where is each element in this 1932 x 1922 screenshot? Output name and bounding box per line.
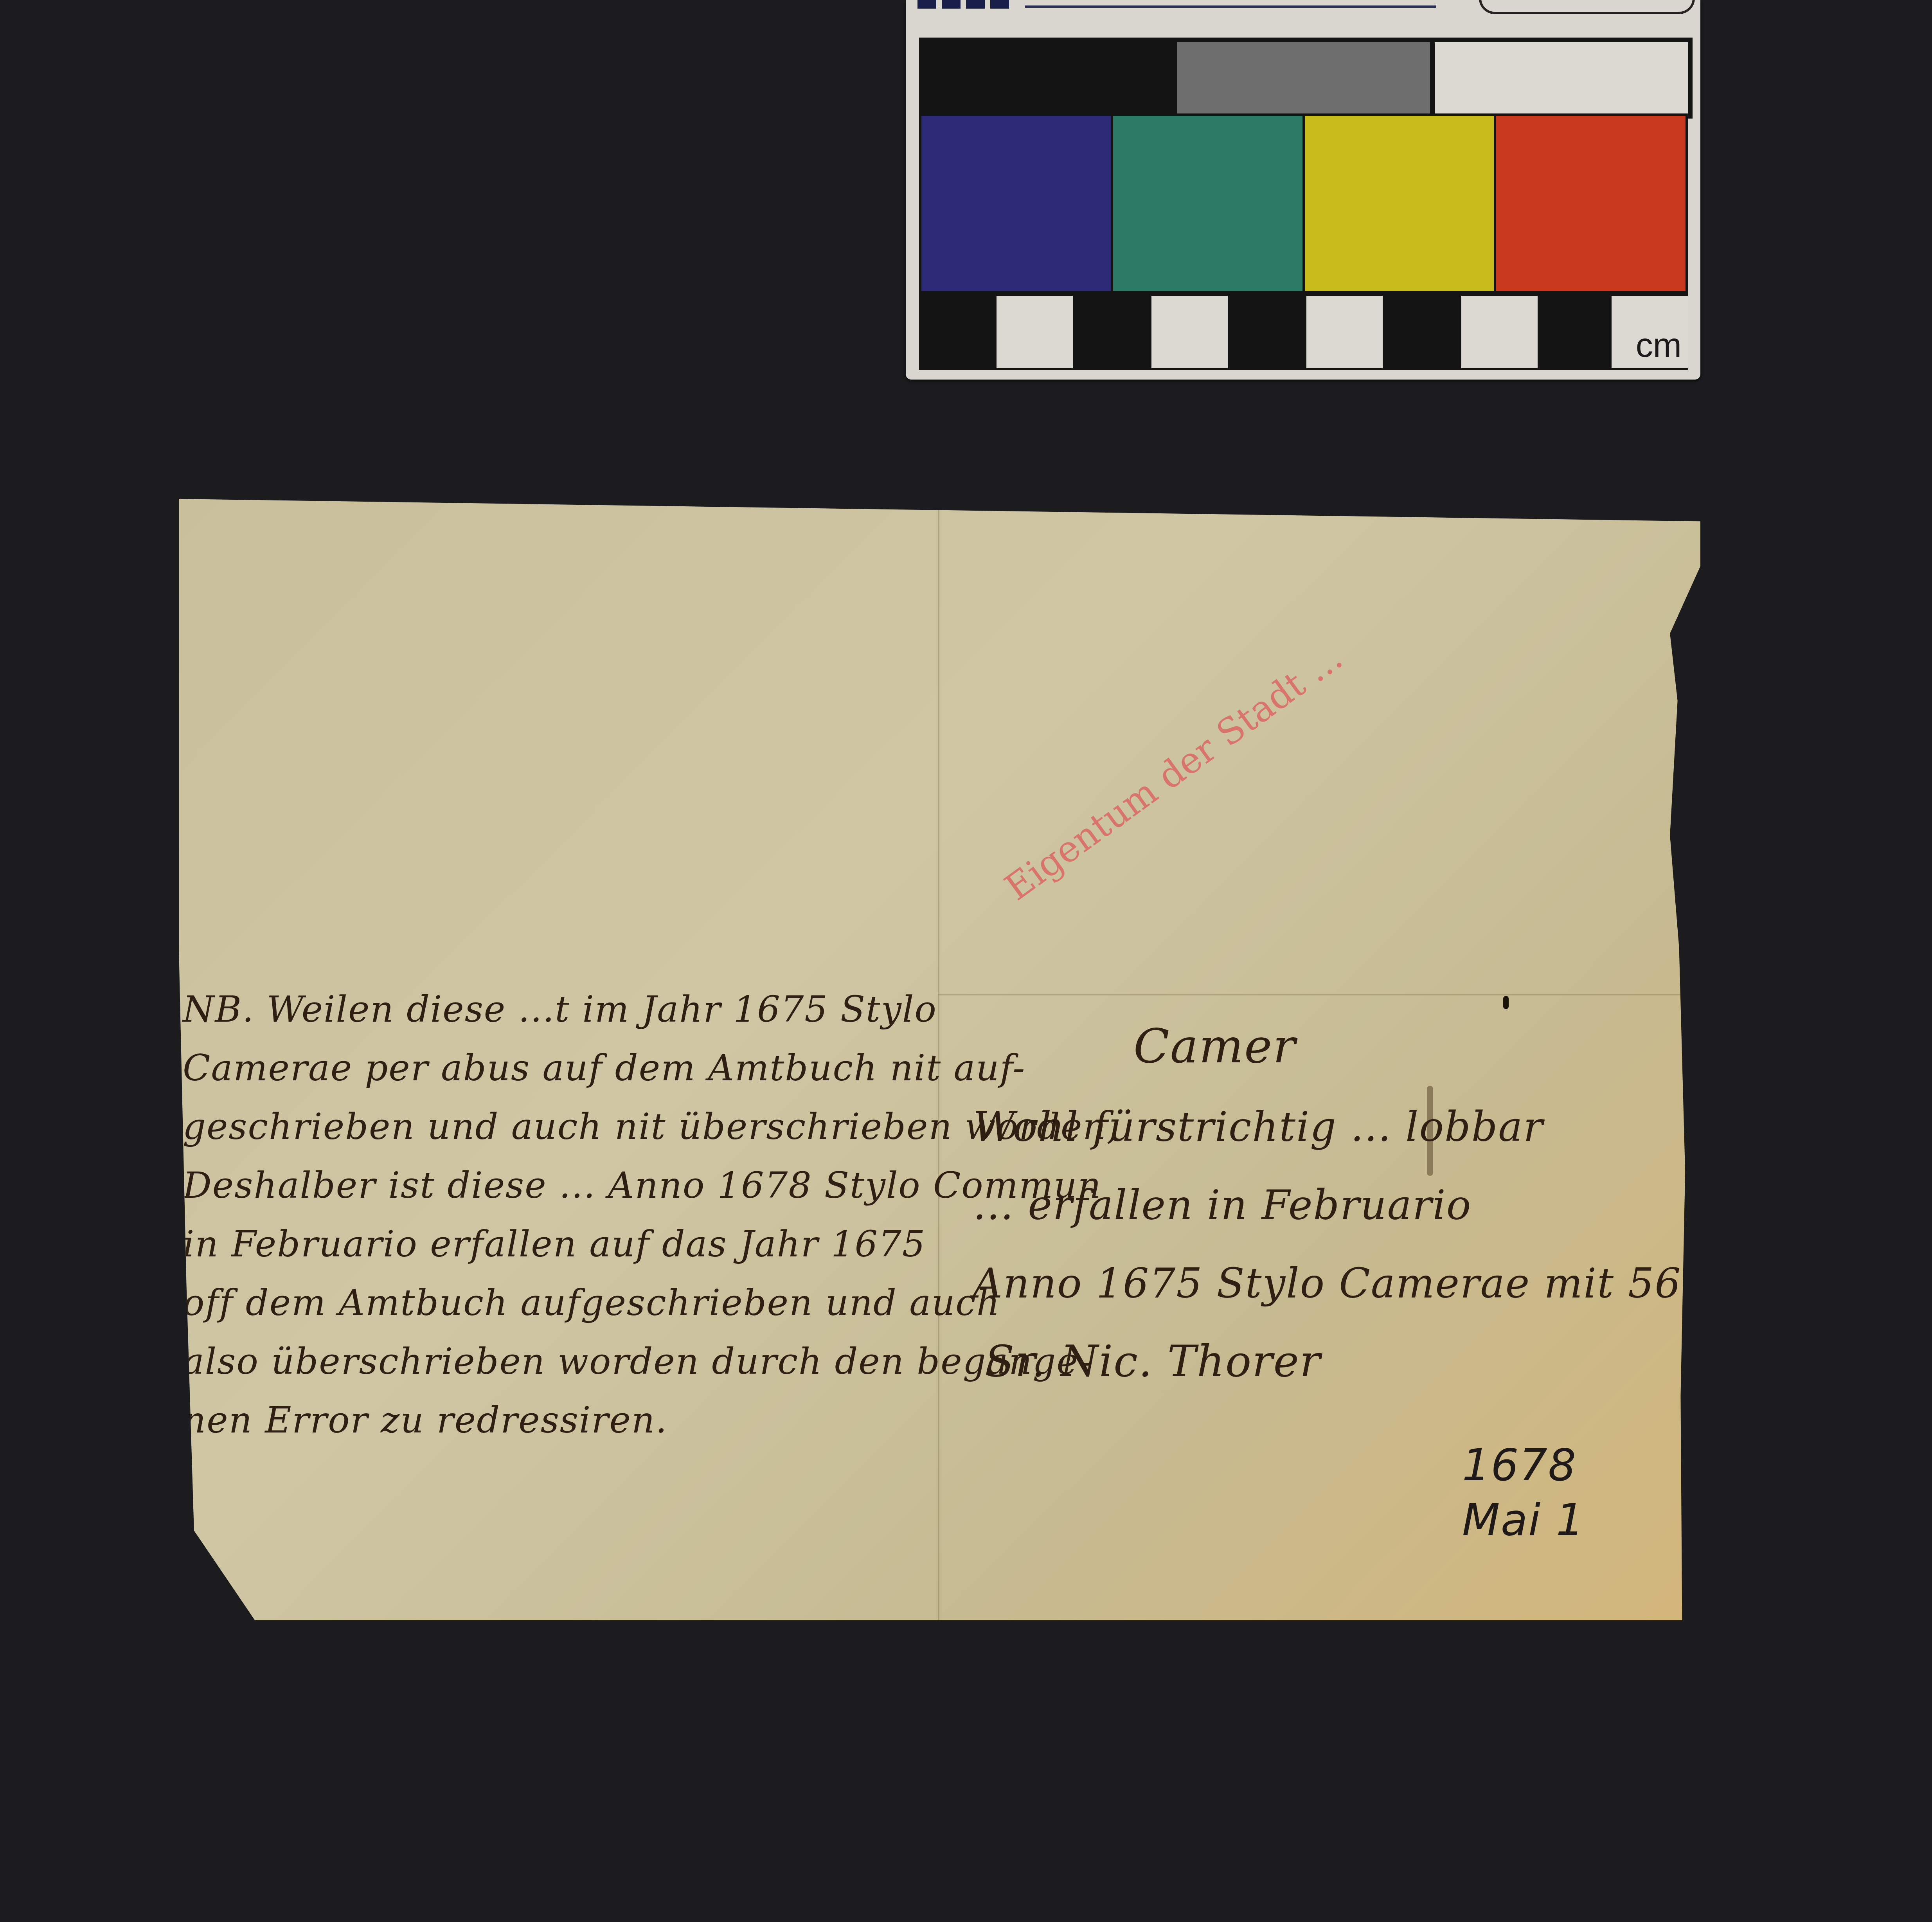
green-patch bbox=[1113, 116, 1302, 291]
annotation-year: 1678 bbox=[1462, 1438, 1585, 1493]
annotation-date: Mai 1 bbox=[1462, 1493, 1585, 1548]
card-header-marks bbox=[917, 0, 1009, 9]
ownership-stamp: Eigentum der Stadt ... bbox=[997, 636, 1350, 909]
scale-block bbox=[1151, 296, 1228, 368]
scale-block bbox=[997, 296, 1073, 368]
text-line: Anno 1675 Stylo Camerae mit 5600.– bbox=[973, 1244, 1770, 1323]
color-patches bbox=[919, 113, 1688, 293]
text-line: Wohl fürstrichtig ... lobbar bbox=[973, 1088, 1770, 1166]
yellow-patch bbox=[1305, 116, 1494, 291]
text-line: also überschrieben worden durch den bega… bbox=[179, 1332, 1119, 1391]
white-patch bbox=[1435, 42, 1688, 114]
scale-block bbox=[1461, 296, 1538, 368]
red-patch bbox=[1496, 116, 1686, 291]
right-page-heading: Camer bbox=[1133, 1019, 1296, 1074]
centimeter-scale: cm bbox=[919, 293, 1688, 370]
black-patch bbox=[921, 40, 1175, 116]
blue-patch bbox=[921, 116, 1111, 291]
card-label-box bbox=[1479, 0, 1695, 14]
manuscript-document: NB. Weilen diese ...t im Jahr 1675 Stylo… bbox=[179, 499, 1700, 1620]
text-line: nen Error zu redressiren. bbox=[179, 1391, 1119, 1450]
greyscale-patches bbox=[919, 38, 1693, 119]
signature: Sr. Nic. Thorer bbox=[985, 1336, 1321, 1386]
text-line: ... erfallen in Februario bbox=[973, 1166, 1770, 1244]
grey-patch bbox=[1177, 42, 1430, 114]
ink-mark bbox=[1503, 996, 1509, 1009]
scale-unit-label: cm bbox=[1636, 325, 1682, 365]
right-page-text: Wohl fürstrichtig ... lobbar ... erfalle… bbox=[973, 1088, 1770, 1323]
text-line: NB. Weilen diese ...t im Jahr 1675 Stylo bbox=[179, 980, 1119, 1039]
card-header-rule bbox=[1025, 5, 1436, 8]
archive-date-annotation: 1678 Mai 1 bbox=[1462, 1438, 1585, 1548]
color-reference-card: cm bbox=[906, 0, 1700, 380]
scale-block bbox=[1306, 296, 1383, 368]
